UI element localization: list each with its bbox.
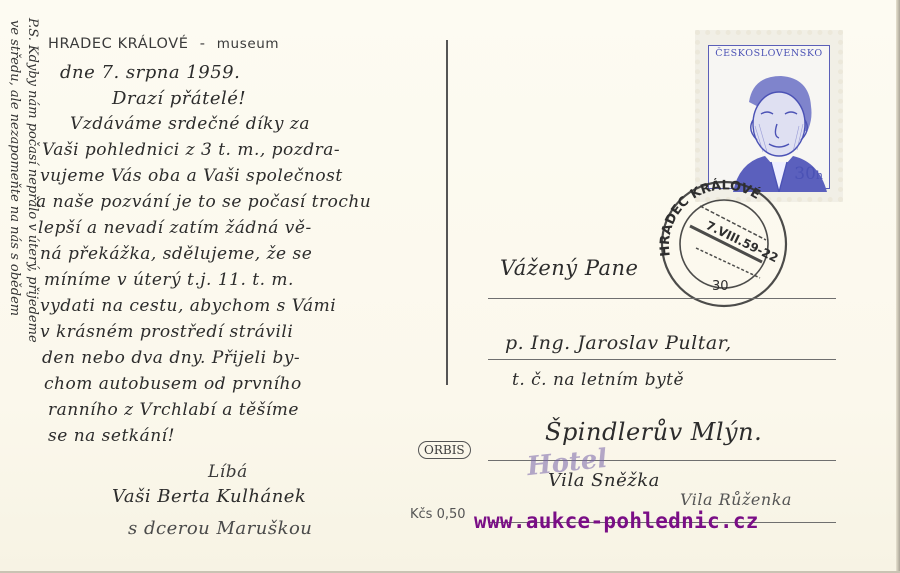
message-line: ná překážka, sdělujeme, že se (40, 244, 312, 264)
publisher-logo: ORBIS (418, 441, 471, 459)
postage-stamp: ČESKOSLOVENSKO 30h (695, 30, 843, 202)
price-label: Kčs 0,50 (410, 507, 466, 522)
message-date: dne 7. srpna 1959. (60, 62, 240, 83)
margin-note-line-1: P.S. Kdyby nám počasí nepřálo v úterý, p… (25, 18, 40, 343)
message-line: v krásném prostředí strávili (40, 322, 293, 342)
postmark-icon: 7.VIII.59-22 30 HRADEC KRÁLOVÉ (640, 178, 815, 318)
address-care-of: t. č. na letním bytě (512, 370, 684, 390)
message-line: Vzdáváme srdečné díky za (70, 114, 310, 134)
message-line: ranního z Vrchlabí a těšíme (48, 400, 299, 420)
center-divider (446, 40, 448, 385)
address-villa-correction: Vila Růženka (680, 490, 792, 509)
header-separator: - (200, 36, 206, 52)
message-line: lepší a nevadí zatím žádná vě- (38, 218, 312, 238)
message-line: den nebo dva dny. Přijeli by- (42, 348, 300, 368)
postmark-number: 30 (712, 279, 729, 294)
message-signature-2: s dcerou Maruškou (128, 518, 312, 539)
address-recipient: p. Ing. Jaroslav Pultar, (505, 332, 732, 354)
stamp-frame: ČESKOSLOVENSKO 30h (708, 45, 830, 189)
message-line: vujeme Vás oba a Vaši společnost (40, 166, 343, 186)
margin-note-line-2: ve středu, ale nezapomeňte na nás s oběd… (7, 20, 22, 316)
message-line: vydati na cestu, abychom s Vámi (40, 296, 336, 316)
message-closing: Líbá (208, 462, 248, 482)
message-line: chom autobusem od prvního (44, 374, 302, 394)
printed-header: HRADEC KRÁLOVÉ - museum (48, 36, 279, 52)
message-salutation: Drazí přátelé! (112, 88, 246, 109)
address-rule-1 (488, 298, 836, 299)
message-line: se na setkání! (48, 426, 175, 446)
address-town: Špindlerův Mlýn. (545, 418, 762, 446)
header-subject: museum (217, 36, 279, 52)
header-place: HRADEC KRÁLOVÉ (48, 36, 189, 52)
stamp-country: ČESKOSLOVENSKO (709, 48, 829, 59)
postcard-back: HRADEC KRÁLOVÉ - museum P.S. Kdyby nám p… (0, 0, 900, 573)
message-line: Vaši pohlednici z 3 t. m., pozdra- (42, 140, 340, 160)
postmark-date: 7.VIII.59-22 (704, 218, 781, 265)
message-line: a naše pozvání je to se počasí trochu (36, 192, 371, 212)
stamp-unit: h (816, 169, 823, 182)
watermark-link[interactable]: www.aukce-pohlednic.cz (474, 509, 759, 533)
address-rule-2 (488, 359, 836, 360)
message-line: míníme v úterý t.j. 11. t. m. (44, 270, 294, 290)
address-villa: Vila Sněžka (548, 470, 660, 491)
address-salutation: Vážený Pane (500, 256, 638, 280)
message-signature: Vaši Berta Kulhánek (112, 486, 306, 507)
